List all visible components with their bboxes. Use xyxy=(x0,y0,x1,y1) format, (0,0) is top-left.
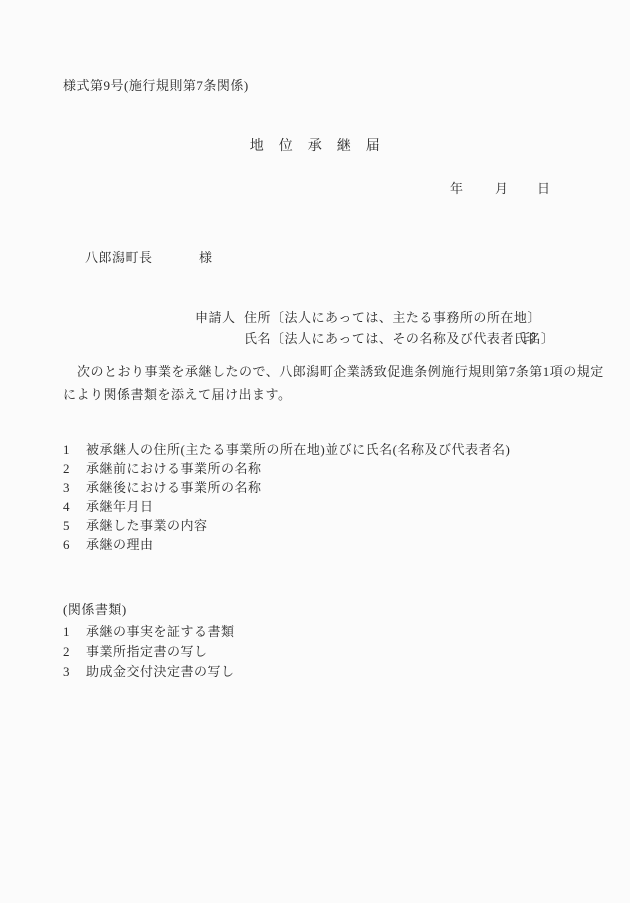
document-title: 地 位 承 継 届 xyxy=(0,139,630,155)
related-documents-header: (関係書類) xyxy=(63,603,127,618)
list-item-text: 承継年月日 xyxy=(86,499,154,514)
related-document-item: 1承継の事実を証する書類 xyxy=(63,625,235,640)
list-item: 4承継年月日 xyxy=(63,500,154,515)
list-item-text: 承継した事業の内容 xyxy=(86,518,208,533)
list-item-text: 被承継人の住所(主たる事業所の所在地)並びに氏名(名称及び代表者名) xyxy=(86,442,510,457)
list-item-number: 3 xyxy=(63,665,86,680)
list-item-text: 承継の事実を証する書類 xyxy=(86,624,235,639)
addressee-honorific: 様 xyxy=(199,251,213,266)
list-item-number: 6 xyxy=(63,538,86,553)
date-month-label: 月 xyxy=(495,182,509,197)
list-item-number: 2 xyxy=(63,645,86,660)
list-item-number: 1 xyxy=(63,443,86,458)
list-item-number: 5 xyxy=(63,519,86,534)
list-item-number: 2 xyxy=(63,462,86,477)
list-item-text: 承継の理由 xyxy=(86,537,154,552)
document-page: 様式第9号(施行規則第7条関係) 地 位 承 継 届 年 月 日 八郎潟町長 様… xyxy=(0,0,630,903)
list-item: 5承継した事業の内容 xyxy=(63,519,208,534)
date-day-label: 日 xyxy=(537,182,551,197)
list-item-number: 1 xyxy=(63,625,86,640)
list-item-text: 助成金交付決定書の写し xyxy=(86,664,235,679)
applicant-name-line: 氏名〔法人にあっては、その名称及び代表者氏名〕 xyxy=(244,332,554,347)
list-item-text: 承継後における事業所の名称 xyxy=(86,480,262,495)
addressee-name: 八郎潟町長 xyxy=(85,251,153,266)
applicant-address-line: 住所〔法人にあっては、主たる事務所の所在地〕 xyxy=(244,311,541,326)
list-item: 2承継前における事業所の名称 xyxy=(63,462,262,477)
seal-mark: 印 xyxy=(523,332,537,347)
list-item: 6承継の理由 xyxy=(63,538,154,553)
body-paragraph-line1: 次のとおり事業を承継したので、八郎潟町企業誘致促進条例施行規則第7条第1項の規定 xyxy=(77,365,604,380)
applicant-label: 申請人 xyxy=(195,311,236,326)
list-item-number: 3 xyxy=(63,481,86,496)
related-document-item: 2事業所指定書の写し xyxy=(63,645,208,660)
list-item: 1被承継人の住所(主たる事業所の所在地)並びに氏名(名称及び代表者名) xyxy=(63,443,510,458)
list-item-number: 4 xyxy=(63,500,86,515)
list-item-text: 承継前における事業所の名称 xyxy=(86,461,262,476)
date-year-label: 年 xyxy=(450,182,464,197)
list-item: 3承継後における事業所の名称 xyxy=(63,481,262,496)
form-number: 様式第9号(施行規則第7条関係) xyxy=(63,79,249,94)
body-paragraph-line2: により関係書類を添えて届け出ます。 xyxy=(63,388,291,403)
list-item-text: 事業所指定書の写し xyxy=(86,644,208,659)
related-document-item: 3助成金交付決定書の写し xyxy=(63,665,235,680)
